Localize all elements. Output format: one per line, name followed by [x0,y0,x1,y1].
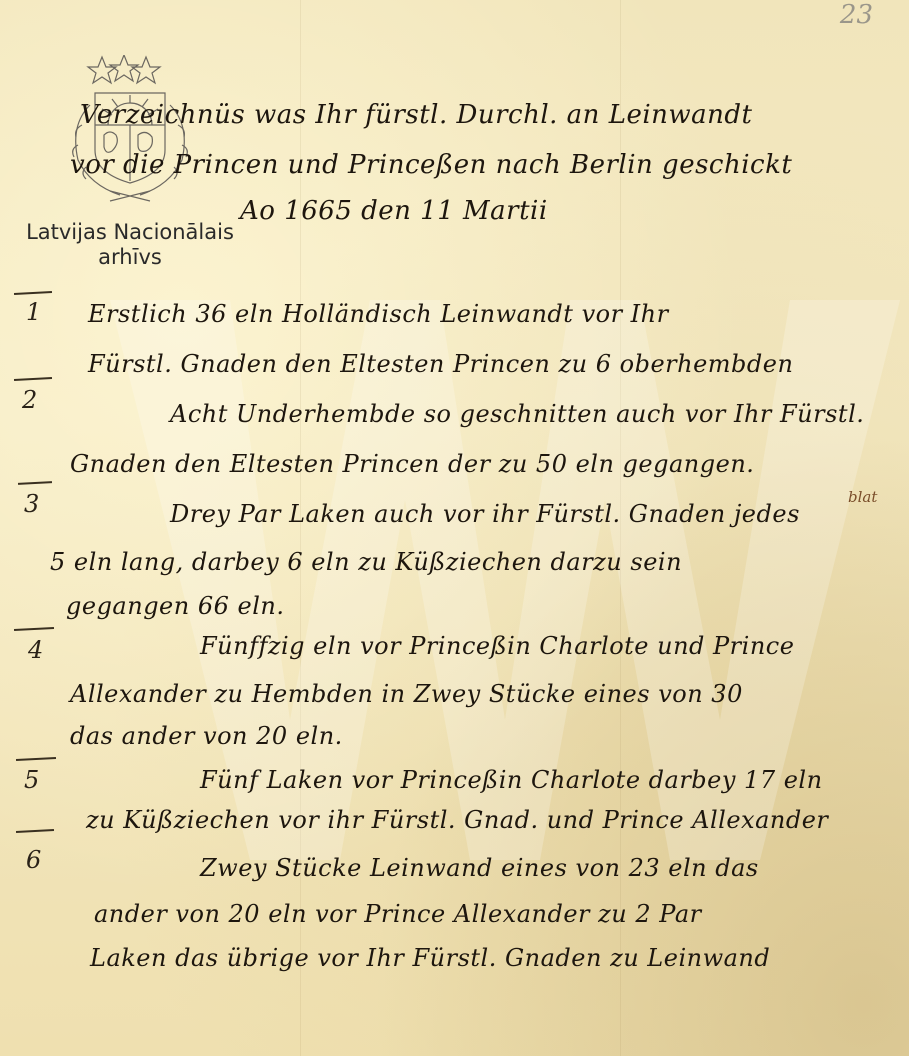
item-line: ander von 20 eln vor Prince Allexander z… [94,900,702,928]
heading-line: vor die Princen und Princeßen nach Berli… [70,150,792,180]
item-number: 6 [26,846,41,874]
item-line: gegangen 66 eln. [66,592,284,620]
item-line: Erstlich 36 eln Holländisch Leinwandt vo… [88,300,669,328]
item-line: Allexander zu Hembden in Zwey Stücke ein… [70,680,743,708]
archive-name-line2: arhīvs [20,245,240,270]
archive-watermark-text: Latvijas Nacionālais arhīvs [20,220,240,270]
item-separator [18,481,52,485]
item-separator [14,291,52,295]
item-number: 1 [26,298,41,326]
marginal-note: blat [848,488,877,506]
heading-line: Ao 1665 den 11 Martii [240,196,548,226]
item-number: 3 [24,490,39,518]
item-line: Fürstl. Gnaden den Eltesten Princen zu 6… [88,350,793,378]
item-line: das ander von 20 eln. [70,722,343,750]
item-line: Fünffzig eln vor Princeßin Charlote und … [200,632,794,660]
item-line: Fünf Laken vor Princeßin Charlote darbey… [200,766,823,794]
heading-line: Verzeichnüs was Ihr fürstl. Durchl. an L… [80,100,753,130]
archive-name-line1: Latvijas Nacionālais [20,220,240,245]
item-line: Drey Par Laken auch vor ihr Fürstl. Gnad… [170,500,800,528]
item-line: Laken das übrige vor Ihr Fürstl. Gnaden … [90,944,770,972]
item-number: 4 [28,636,43,664]
item-separator [16,829,54,833]
folio-number: 23 [840,0,873,30]
item-line: Zwey Stücke Leinwand eines von 23 eln da… [200,854,759,882]
item-line: Acht Underhembde so geschnitten auch vor… [170,400,864,428]
item-separator [14,377,52,381]
latvian-coat-of-arms-icon [60,55,200,205]
item-line: 5 eln lang, darbey 6 eln zu Küßziechen d… [50,548,682,576]
item-number: 2 [22,386,37,414]
item-line: Gnaden den Eltesten Princen der zu 50 el… [70,450,754,478]
item-separator [16,757,56,761]
item-separator [14,627,54,631]
item-number: 5 [24,766,39,794]
manuscript-page: 23 Latvijas Nacionālais arhīvs Verzeichn… [0,0,909,1056]
item-line: zu Küßziechen vor ihr Fürstl. Gnad. und … [86,806,828,834]
